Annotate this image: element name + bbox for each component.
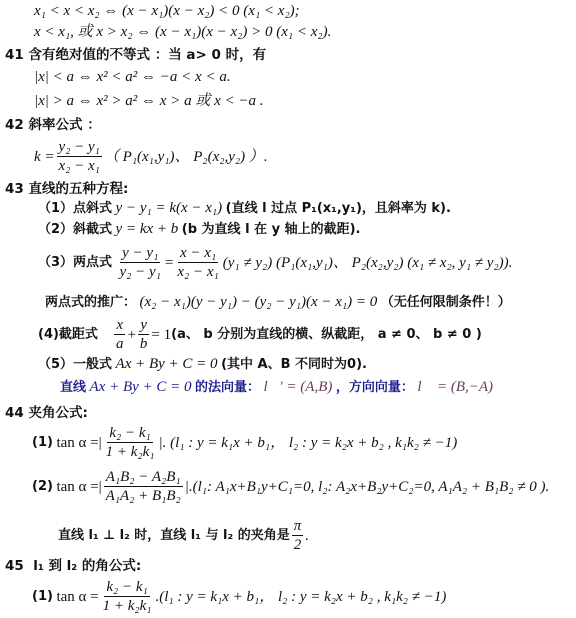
section-title: 直线的五种方程: <box>29 181 129 197</box>
angle-fraction: k₂ − k₁ 1 + k₂k₁ <box>104 424 157 461</box>
item-note: (直线 l 过点 P₁(x₁,y₁)，且斜率为 k). <box>226 201 451 216</box>
item-note: (其中 A、B 不同时为0). <box>221 357 367 372</box>
y-over-b: y b <box>138 316 150 353</box>
fraction-denominator: x₂ − x₁ <box>175 263 220 281</box>
item-note: （无任何限制条件！） <box>381 295 511 310</box>
fraction-numerator: y − y₁ <box>120 244 160 263</box>
section-44-heading: 44 夹角公式: <box>5 404 88 422</box>
point-slope-form: （1）点斜式 y − y₁ = k(x − x₁) (直线 l 过点 P₁(x₁… <box>38 199 451 218</box>
fraction-denominator: 1 + k₂k₁ <box>104 443 157 461</box>
section-number: 43 <box>5 181 24 197</box>
item-label: (2) <box>32 478 53 496</box>
fraction-denominator: A₁A₂ + B₁B₂ <box>104 487 183 505</box>
tan-lhs: tan α = <box>56 588 98 606</box>
fraction-numerator: y₂ − y₁ <box>57 138 102 157</box>
item-formula: Ax + By + C = 0 <box>116 356 218 372</box>
normal-vector-label: 的法向量： <box>195 380 260 395</box>
fraction-denominator: 1 + k₂k₁ <box>101 597 154 615</box>
section-number: 42 <box>5 117 24 133</box>
fraction-numerator: x − x₁ <box>178 244 218 263</box>
fraction-numerator: k₂ − k₁ <box>107 424 152 443</box>
item-formula: y = kx + b <box>116 221 179 237</box>
section-title: l₁ 到 l₂ 的角公式: <box>33 558 141 574</box>
angle-condition: |. (l₁ : y = k₁x + b₁， l₂ : y = k₂x + b₂… <box>158 434 457 452</box>
item-note: (a、 b 分别为直线的横、纵截距， a ≠ 0、 b ≠ 0 ) <box>171 326 482 344</box>
fraction-numerator: π <box>292 517 304 536</box>
item-note: (y₁ ≠ y₂) (P₁(x₁,y₁)、 P₂(x₂,y₂) (x₁ ≠ x₂… <box>223 254 513 272</box>
section-title: 含有绝对值的不等式 ：当 a> 0 时，有 <box>29 47 267 63</box>
vector-prefix: 直线 <box>60 380 86 395</box>
general-form: （5）一般式 Ax + By + C = 0 (其中 A、B 不同时为0). <box>38 355 367 374</box>
fraction-denominator: a <box>114 335 126 353</box>
item-label: （5）一般式 <box>38 357 112 372</box>
section-number: 44 <box>5 405 24 421</box>
fraction-denominator: 2 <box>292 536 304 554</box>
section-41-heading: 41 含有绝对值的不等式 ：当 a> 0 时，有 <box>5 46 266 64</box>
two-point-form: （3）两点式 y − y₁ y₂ − y₁ = x − x₁ x₂ − x₁ (… <box>38 244 512 281</box>
pi-over-2: π 2 <box>292 517 304 554</box>
item-formula: (x₂ − x₁)(y − y₁) − (y₂ − y₁)(x − x₁) = … <box>140 294 378 310</box>
two-point-generalization: 两点式的推广： (x₂ − x₁)(y − y₁) − (y₂ − y₁)(x … <box>45 293 511 312</box>
two-point-fraction-left: y − y₁ y₂ − y₁ <box>118 244 163 281</box>
angle-condition: .(l₁ : y = k₁x + b₁， l₂ : y = k₂x + b₂ ,… <box>155 588 446 606</box>
angle-fraction: A₁B₂ − A₂B₁ A₁A₂ + B₁B₂ <box>104 468 183 505</box>
fraction-denominator: b <box>138 335 150 353</box>
equals-sign: = <box>165 254 173 272</box>
tan-lhs: tan α =| <box>56 434 101 452</box>
directed-angle-formula: (1) tan α = k₂ − k₁ 1 + k₂k₁ .(l₁ : y = … <box>32 578 446 615</box>
slope-intercept-form: （2）斜截式 y = kx + b (b 为直线 l 在 y 轴上的截距). <box>38 220 360 239</box>
abs-greater-formula: |x| > a ⇔ x² > a² ⇔ x > a 或 x < −a . <box>34 92 263 110</box>
fraction-numerator: x <box>114 316 125 335</box>
item-formula: y − y₁ = k(x − x₁) <box>116 200 223 216</box>
slope-formula: k = y₂ − y₁ x₂ − x₁ （ P₁(x₁,y₁)、 P₂(x₂,y… <box>34 138 268 175</box>
x-over-a: x a <box>114 316 126 353</box>
fraction-denominator: y₂ − y₁ <box>118 263 163 281</box>
angle-fraction: k₂ − k₁ 1 + k₂k₁ <box>101 578 154 615</box>
slope-fraction: y₂ − y₁ x₂ − x₁ <box>57 138 102 175</box>
section-title: 夹角公式: <box>29 405 88 421</box>
section-42-heading: 42 斜率公式 ： <box>5 116 101 134</box>
vector-line-equation: Ax + By + C = 0 <box>90 379 192 395</box>
fraction-numerator: k₂ − k₁ <box>104 578 149 597</box>
tan-lhs: tan α =| <box>56 478 101 496</box>
direction-vector: l⃗ = (B,−A) <box>417 379 493 395</box>
period: . <box>305 527 309 545</box>
fraction-denominator: x₂ − x₁ <box>57 157 102 175</box>
angle-formula-2: (2) tan α =| A₁B₂ − A₂B₁ A₁A₂ + B₁B₂ |.(… <box>32 468 549 505</box>
normal-vector: l⃗′ = (A,B) <box>264 379 333 395</box>
item-label: (1) <box>32 588 53 606</box>
item-label: 两点式的推广： <box>45 295 136 310</box>
direction-vector-label: ，方向向量： <box>336 380 414 395</box>
slope-lhs: k = <box>34 148 55 166</box>
item-label: (1) <box>32 434 53 452</box>
interval-inequality-line-1: x₁ < x < x₂ ⇔ (x − x₁)(x − x₂) < 0 (x₁ <… <box>34 2 300 20</box>
intercept-form: (4)截距式 x a + y b = 1 (a、 b 分别为直线的横、纵截距， … <box>38 316 482 353</box>
interval-inequality-line-2: x < x₁, 或 x > x₂ ⇔ (x − x₁)(x − x₂) > 0 … <box>34 23 331 41</box>
section-number: 41 <box>5 47 24 63</box>
item-note: (b 为直线 l 在 y 轴上的截距). <box>182 222 361 237</box>
section-43-heading: 43 直线的五种方程: <box>5 180 128 198</box>
item-label: （3）两点式 <box>38 254 112 272</box>
slope-condition: （ P₁(x₁,y₁)、 P₂(x₂,y₂) ）. <box>104 148 268 166</box>
plus-sign: + <box>127 326 135 344</box>
equals-one: = 1 <box>151 326 171 344</box>
section-45-heading: 45 l₁ 到 l₂ 的角公式: <box>5 557 141 575</box>
perpendicular-note: 直线 l₁ ⊥ l₂ 时，直线 l₁ 与 l₂ 的夹角是 π 2 . <box>58 517 309 554</box>
section-number: 45 <box>5 558 24 574</box>
line-vectors: 直线 Ax + By + C = 0 的法向量： l⃗′ = (A,B) ，方向… <box>60 378 493 397</box>
angle-formula-1: (1) tan α =| k₂ − k₁ 1 + k₂k₁ |. (l₁ : y… <box>32 424 457 461</box>
item-label: （2）斜截式 <box>38 222 112 237</box>
abs-less-formula: |x| < a ⇔ x² < a² ⇔ −a < x < a. <box>34 68 231 86</box>
fraction-numerator: y <box>138 316 149 335</box>
item-label: (4)截距式 <box>38 326 98 344</box>
perpendicular-text: 直线 l₁ ⊥ l₂ 时，直线 l₁ 与 l₂ 的夹角是 <box>58 527 290 545</box>
item-label: （1）点斜式 <box>38 201 112 216</box>
section-title: 斜率公式 ： <box>29 117 101 133</box>
angle-condition: |.(l₁: A₁x+B₁y+C₁=0, l₂: A₂x+B₂y+C₂=0, A… <box>185 478 549 496</box>
two-point-fraction-right: x − x₁ x₂ − x₁ <box>175 244 220 281</box>
fraction-numerator: A₁B₂ − A₂B₁ <box>104 468 183 487</box>
